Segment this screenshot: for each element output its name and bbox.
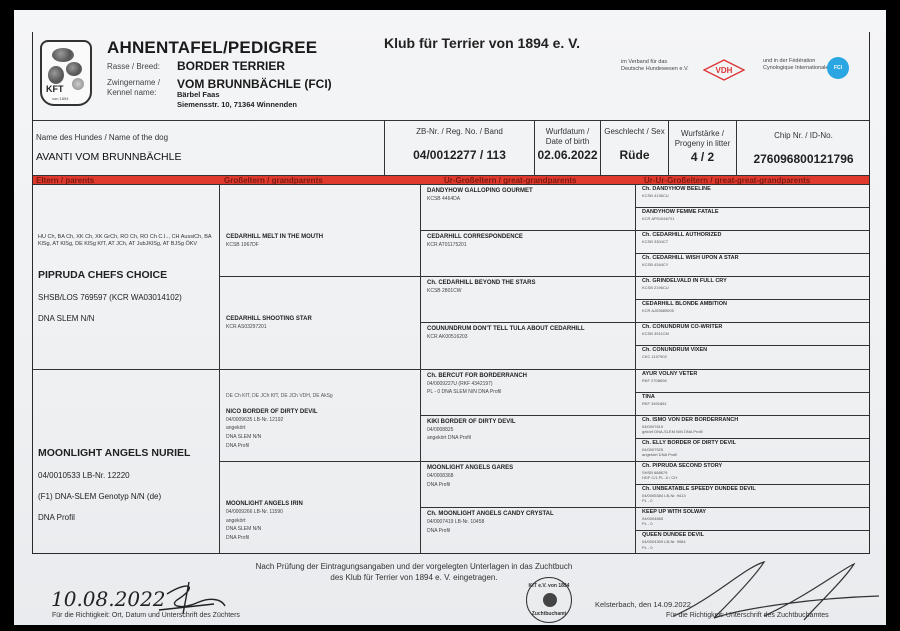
zuchtbuchamt-stamp: KfT e.V. von 1894 Zuchtbuchamt xyxy=(526,577,572,623)
stamp-top-text: KfT e.V. von 1894 xyxy=(527,583,571,589)
office-signature-caption: Für die Richtigkeit: Unterschrift des Zu… xyxy=(666,612,829,619)
pedigree-document: KFT von 1894 AHNENTAFEL/PEDIGREE Klub fü… xyxy=(14,10,886,625)
breeder-signature-caption: Für die Richtigkeit: Ort, Datum und Unte… xyxy=(52,612,240,619)
svg-text:10.08.2022: 10.08.2022 xyxy=(51,587,166,611)
registration-note-line1: Nach Prüfung der Eintragungsangaben und … xyxy=(214,561,614,572)
stamp-bottom-text: Zuchtbuchamt xyxy=(527,611,571,617)
breeder-signature: 10.08.2022 xyxy=(49,576,229,616)
terrier-head-icon xyxy=(543,593,557,607)
document-frame xyxy=(32,32,870,554)
